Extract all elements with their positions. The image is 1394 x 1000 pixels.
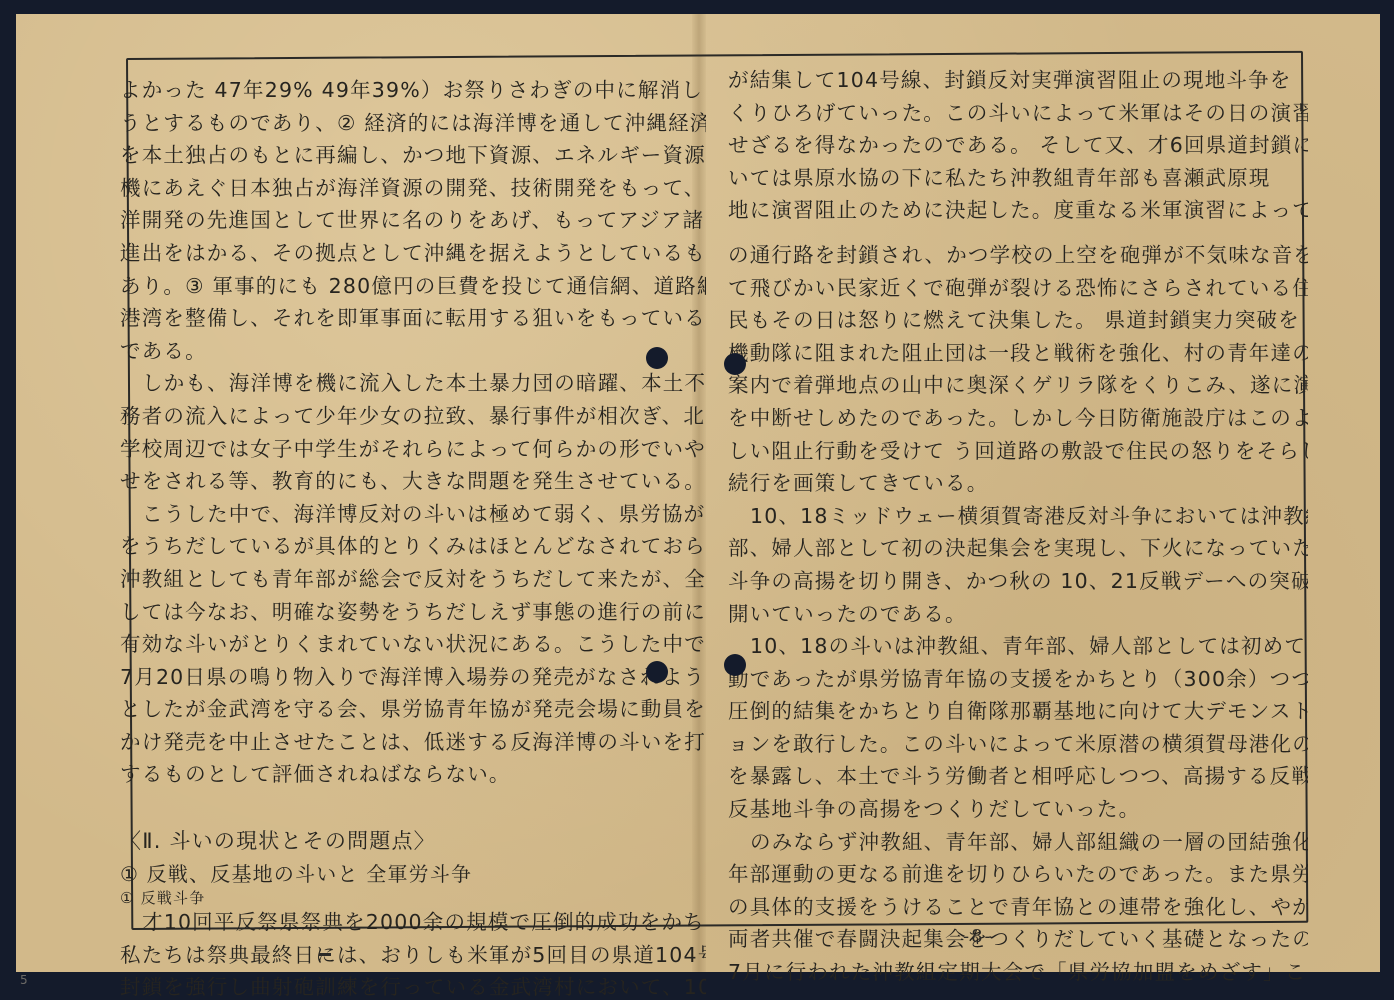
text-line: の通行路を封鎖され、かつ学校の上空を砲弾が不気味な音をたて <box>728 239 1308 272</box>
text-line: 民もその日は怒りに燃えて決集した。 県道封鎖実力突破を <box>728 304 1308 337</box>
text-line: 案内で着弾地点の山中に奥深くゲリラ隊をくりこみ、遂に演習 <box>728 369 1308 402</box>
text-line: 機にあえぐ日本独占が海洋資源の開発、技術開発をもって、海 <box>120 172 706 205</box>
scan-index-number: 5 <box>20 973 28 987</box>
text-line: 開いていったのである。 <box>728 598 1308 631</box>
text-line: を暴露し、本土で斗う労働者と相呼応しつつ、高揚する反戦 <box>728 760 1308 793</box>
stencil-mark <box>319 953 331 956</box>
text-line: 斗争の高揚を切り開き、かつ秋の 10、21反戦デーへの突破口を切り <box>728 565 1308 598</box>
text-line: よかった 47年29% 49年39%）お祭りさわぎの中に解消しよ <box>120 74 706 107</box>
text-line: て飛びかい民家近くで砲弾が裂ける恐怖にさらされている住 <box>728 272 1308 305</box>
punch-hole <box>724 654 746 676</box>
text-line: するものとして評価されねばならない。 <box>120 758 706 791</box>
left-page: よかった 47年29% 49年39%）お祭りさわぎの中に解消しよ うとするもので… <box>120 74 706 1000</box>
text-line: 才10回平反祭県祭典を2000余の規模で圧倒的成功をかちとった <box>120 906 706 939</box>
text-line: ョンを敢行した。この斗いによって米原潜の横須賀母港化の意図 <box>728 728 1308 761</box>
text-line: 7月に行われた沖教組定期大会で「県労協加盟をめざす」こと <box>728 956 1308 989</box>
text-line: である。 <box>120 335 706 368</box>
punch-hole <box>646 661 668 683</box>
text-line: 反基地斗争の高揚をつくりだしていった。 <box>728 793 1308 826</box>
text-line: としたが金武湾を守る会、県労協青年協が発売会場に動員を <box>120 693 706 726</box>
text-line: 地に演習阻止のために決起した。度重なる米軍演習によって唯一 <box>728 194 1308 227</box>
section-heading: 〈Ⅱ. 斗いの現状とその問題点〉 <box>120 825 706 858</box>
text-line: を本土独占のもとに再編し、かつ地下資源、エネルギー資源の危 <box>120 139 706 172</box>
text-line: のみならず沖教組、青年部、婦人部組織の一層の団結強化、青 <box>728 826 1308 859</box>
text-line: しかも、海洋博を機に流入した本土暴力団の暗躍、本土不良労 <box>120 367 706 400</box>
text-line: をうちだしているが具体的とりくみはほとんどなされておらず <box>120 530 706 563</box>
text-line: あり。③ 軍事的にも 280億円の巨費を投じて通信網、道路網、 <box>120 270 706 303</box>
text-line: 10、18の斗いは沖教組、青年部、婦人部としては初めての大衆的独自行 <box>728 630 1308 663</box>
text-line: の具体的支援をうけることで青年協との連帯を強化し、やがて74春花 <box>728 891 1308 924</box>
subheading-struck: ① 反戦斗争 <box>120 890 706 906</box>
text-line: 封鎖を強行し曲射砲訓練を行っている金武湾村において、1000余 <box>120 971 706 1000</box>
text-line: しては今なお、明確な姿勢をうちだしえず事態の進行の前に <box>120 596 706 629</box>
text-line: 7月20日県の鳴り物入りで海洋博入場券の発売がなされよう <box>120 661 706 694</box>
text-line: いては県原水協の下に私たち沖教組青年部も喜瀬武原現 <box>728 162 1308 195</box>
text-line: 沖教組としても青年部が総会で反対をうちだして来たが、全体と <box>120 563 706 596</box>
text-line: 学校周辺では女子中学生がそれらによって何らかの形でいやがら <box>120 433 706 466</box>
text-line: 港湾を整備し、それを即軍事面に転用する狙いをもっているもの <box>120 302 706 335</box>
blank-line <box>728 227 1308 239</box>
text-line: が結集して104号線、封鎖反対実弾演習阻止の現地斗争を <box>728 64 1308 97</box>
text-line: こうした中で、海洋博反対の斗いは極めて弱く、県労協が反対 <box>120 498 706 531</box>
text-line: 続行を画策してきている。 <box>728 467 1308 500</box>
text-line: 部、婦人部として初の決起集会を実現し、下火になっていた反戦、反基地 <box>728 532 1308 565</box>
text-line: 両者共催で春闘決起集会をつくりだしていく基礎となったのであった。 <box>728 923 1308 956</box>
text-line: 務者の流入によって少年少女の拉致、暴行事件が相次ぎ、北部の <box>120 400 706 433</box>
text-line: しい阻止行動を受けて う回道路の敷設で住民の怒りをそらし、演習の <box>728 435 1308 468</box>
subheading: ① 反戦、反基地の斗いと 全軍労斗争 <box>120 858 706 891</box>
punch-hole <box>646 347 668 369</box>
text-line: 洋開発の先進国として世界に名のりをあげ、もってアジア諸国への <box>120 204 706 237</box>
text-line: かけ発売を中止させたことは、低迷する反海洋博の斗いを打開 <box>120 726 706 759</box>
text-line: うとするものであり、② 経済的には海洋博を通して沖縄経済 <box>120 107 706 140</box>
punch-hole <box>724 353 746 375</box>
text-line: くりひろげていった。この斗いによって米軍はその日の演習を延期 <box>728 97 1308 130</box>
text-line: 圧倒的結集をかちとり自衛隊那覇基地に向けて大デモンストレーシ <box>728 695 1308 728</box>
text-line: せをされる等、教育的にも、大きな問題を発生させている。 <box>120 465 706 498</box>
text-line: 進出をはかる、その拠点として沖縄を据えようとしているもので <box>120 237 706 270</box>
text-line: 機動隊に阻まれた阻止団は一段と戦術を強化、村の青年達の <box>728 337 1308 370</box>
booklet-spread: よかった 47年29% 49年39%）お祭りさわぎの中に解消しよ うとするもので… <box>16 14 1380 972</box>
text-line: 10、18ミッドウェー横須賀寄港反対斗争においては沖教組青年 <box>728 500 1308 533</box>
page-number: -8- <box>963 926 993 947</box>
text-line: 私たちは祭典最終日には、おりしも米軍が5回目の県道104号線 <box>120 939 706 972</box>
text-line: せざるを得なかったのである。 そして又、才6回県道封鎖にお <box>728 129 1308 162</box>
text-line: 動であったが県労協青年協の支援をかちとり（300余）つつ、2600余の <box>728 663 1308 696</box>
text-line: を中断せしめたのであった。しかし今日防衛施設庁はこのような激 <box>728 402 1308 435</box>
text-line: 有効な斗いがとりくまれていない状況にある。こうした中で <box>120 628 706 661</box>
text-line: 年部運動の更なる前進を切りひらいたのであった。また県労協青年協 <box>728 858 1308 891</box>
section-gap <box>120 791 706 825</box>
right-page: が結集して104号線、封鎖反対実弾演習阻止の現地斗争を くりひろげていった。この… <box>728 64 1308 989</box>
